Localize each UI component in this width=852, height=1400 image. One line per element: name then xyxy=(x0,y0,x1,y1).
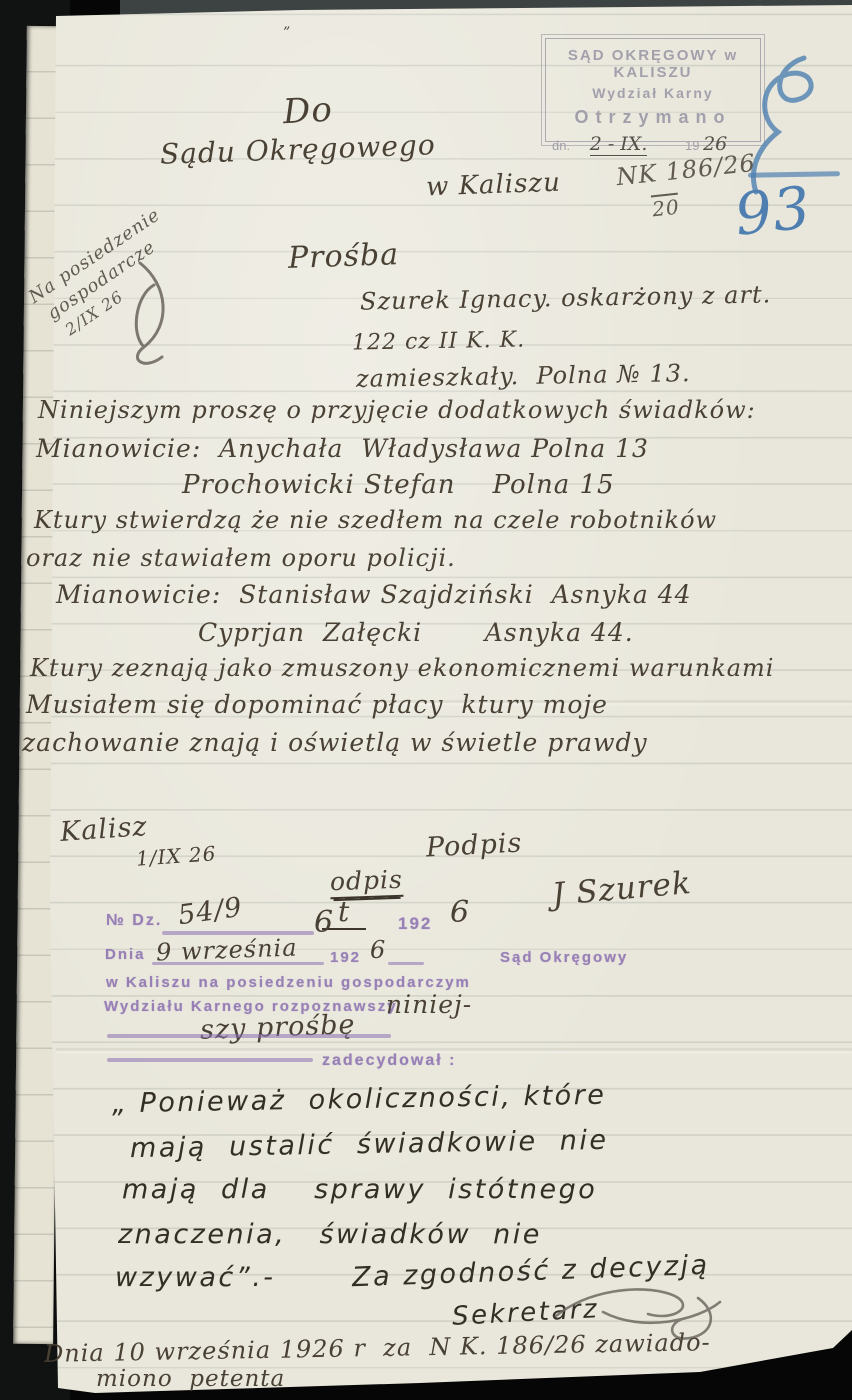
petition-intro2: 122 cz II K. K. xyxy=(352,329,525,354)
closing-place: Kalisz xyxy=(59,813,148,846)
stamp-rule-line xyxy=(152,962,324,965)
petition-line: Cyprjan Załęcki Asnyka 44. xyxy=(198,620,634,645)
decision-line: mają ustalić świadkowie nie xyxy=(130,1127,609,1162)
decision-line: mają dla sprawy istótnego xyxy=(122,1176,597,1203)
case-reference-denominator: 20 xyxy=(651,193,681,220)
session-stamp-no-label: № Dz. xyxy=(106,912,162,930)
session-stamp-fill-a: 6 xyxy=(314,908,334,938)
stamp-rule-line xyxy=(388,962,424,965)
session-stamp-dnia-label: Dnia xyxy=(105,946,146,963)
address-city: w Kaliszu xyxy=(426,170,562,201)
decision-line: wzywać”.- xyxy=(115,1264,276,1291)
stamp-rule-line xyxy=(107,1058,313,1062)
received-stamp: SĄD OKRĘGOWY w KALISZU Wydział Karny Otr… xyxy=(545,38,761,142)
blue-folio-number: 93 xyxy=(732,178,813,244)
received-stamp-century: 19 xyxy=(685,138,699,153)
petition-intro3: zamieszkały. Polna № 13. xyxy=(356,361,691,391)
session-stamp-row5-fill: szy prośbę xyxy=(200,1011,356,1043)
petition-line: Prochowicki Stefan Polna 15 xyxy=(182,472,615,498)
footer-note-line2: miono petenta xyxy=(96,1368,285,1391)
received-stamp-court: SĄD OKRĘGOWY w KALISZU xyxy=(546,47,760,81)
petition-title: Prośba xyxy=(288,240,400,274)
margin-note-flourish xyxy=(110,255,180,375)
podpis-label: Podpis xyxy=(425,829,523,861)
session-stamp-year2: 192 xyxy=(330,949,361,966)
petition-line: Ktury zeznają jako zmuszony ekonomicznem… xyxy=(30,656,774,680)
session-stamp-date-handwritten: 9 września xyxy=(156,936,298,965)
petition-intro1: Szurek Ignacy. oskarżony z art. xyxy=(360,282,772,313)
received-stamp-dept: Wydział Karny xyxy=(546,85,760,101)
decision-line: „ Ponieważ okoliczności, które xyxy=(112,1082,607,1118)
petition-line: Niniejszym proszę o przyjęcie dodatkowyc… xyxy=(38,398,756,422)
petition-line: Musiałem się dopominać płacy ktury moje xyxy=(26,692,608,717)
petition-line: Mianowicie: Stanisław Szajdziński Asnyka… xyxy=(56,582,692,607)
decision-line: znaczenia, świadków nie xyxy=(118,1221,542,1248)
stamp-rule-line xyxy=(107,1034,391,1038)
received-stamp-day-handwritten: 2 - IX. xyxy=(590,133,648,156)
ink-speck: ” xyxy=(283,26,291,40)
session-stamp-row4-fill: niniej- xyxy=(386,992,472,1017)
session-stamp-row3: w Kaliszu na posiedzeniu gospodarczym xyxy=(106,974,471,991)
document-scan: SĄD OKRĘGOWY w KALISZU Wydział Karny Otr… xyxy=(0,0,852,1400)
received-stamp-otrzymano: Otrzymano xyxy=(546,107,760,128)
received-stamp-dn-label: dn. xyxy=(552,138,570,153)
session-stamp-year1-fill: 6 xyxy=(450,898,470,928)
petition-line: Mianowicie: Anychała Władysława Polna 13 xyxy=(36,436,649,461)
session-stamp-year2-fill: 6 xyxy=(370,938,386,962)
session-stamp-decided: zadecydował : xyxy=(322,1052,456,1070)
petition-line: Ktury stwierdzą że nie szedłem na czele … xyxy=(34,508,717,532)
petition-line: oraz nie stawiałem oporu policji. xyxy=(26,546,456,570)
closing-date: 1/IX 26 xyxy=(135,843,217,869)
address-do: Do xyxy=(282,93,333,130)
session-stamp-court: Sąd Okręgowy xyxy=(500,949,628,966)
petition-line: zachowanie znają i oświetlą w świetle pr… xyxy=(22,730,648,755)
session-stamp-year1: 192 xyxy=(398,914,432,934)
paper-crease xyxy=(56,1048,852,1051)
